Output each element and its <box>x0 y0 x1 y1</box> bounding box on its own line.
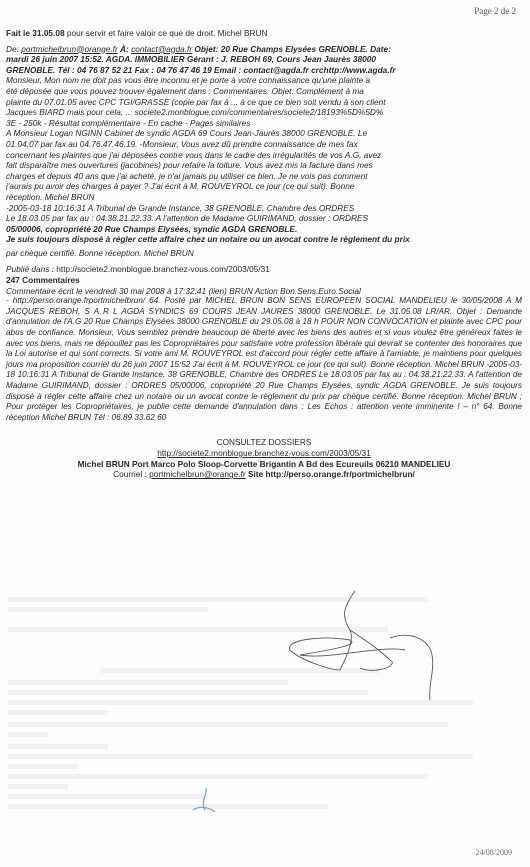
date-stamp: 24/08/2009 <box>476 848 512 857</box>
handwritten-signature <box>0 0 530 867</box>
